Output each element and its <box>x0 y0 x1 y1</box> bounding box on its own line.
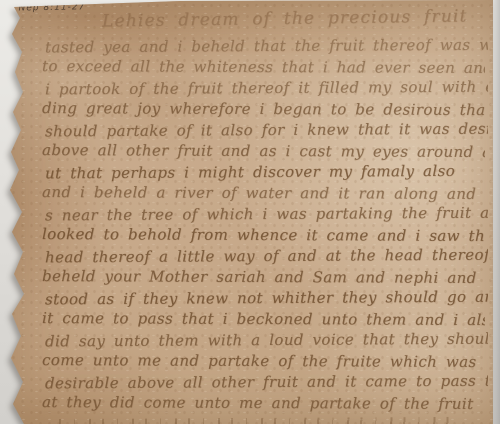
manuscript-line: beheld your Mother sariah and Sam and ne… <box>42 266 485 289</box>
manuscript-line: s near the tree of which i was partaking… <box>45 203 488 227</box>
manuscript-line: it came to pass that i beckoned unto the… <box>42 308 485 331</box>
manuscript-line: i partook of the fruit thereof it filled… <box>45 77 488 101</box>
manuscript-line: looked to behold from whence it came and… <box>42 224 485 247</box>
manuscript-body: tasted yea and i beheld that the fruit t… <box>45 36 488 414</box>
manuscript-line: at they did come unto me and partake of … <box>42 392 485 415</box>
manuscript-line: ut that perhaps i might discover my fama… <box>45 161 488 185</box>
manuscript-line: ding great joy wherefore i began to be d… <box>42 98 485 121</box>
manuscript-line: did say unto them with a loud voice that… <box>45 329 488 353</box>
manuscript-line: should partake of it also for i knew tha… <box>45 119 488 143</box>
manuscript-line-text: ding great joy wherefore i began to be d… <box>42 99 485 119</box>
manuscript-line: desirable above all other fruit and it c… <box>45 371 488 395</box>
manuscript-line: to exceed all the whiteness that i had e… <box>42 56 485 79</box>
manuscript-photo: 1 Nep 8:11-27 Lehies dream of the precio… <box>0 0 500 424</box>
manuscript-line: above all other fruit and as i cast my e… <box>42 140 485 163</box>
manuscript-paper: 1 Nep 8:11-27 Lehies dream of the precio… <box>0 0 500 424</box>
manuscript-line: come unto me and partake of the fruite w… <box>42 350 485 373</box>
manuscript-line: and i beheld a river of water and it ran… <box>42 182 485 205</box>
manuscript-title: Lehies dream of the precious fruit <box>102 7 460 32</box>
paper-shadow-wrap: 1 Nep 8:11-27 Lehies dream of the precio… <box>0 0 500 424</box>
manuscript-line: tasted yea and i beheld that the fruit t… <box>45 35 488 59</box>
manuscript-line: head thereof a little way of and at the … <box>45 245 488 269</box>
clipped-line-remnant <box>48 417 460 424</box>
scripture-reference-annotation: 1 Nep 8:11-27 <box>8 2 86 13</box>
manuscript-line: stood as if they knew not whither they s… <box>45 287 488 311</box>
